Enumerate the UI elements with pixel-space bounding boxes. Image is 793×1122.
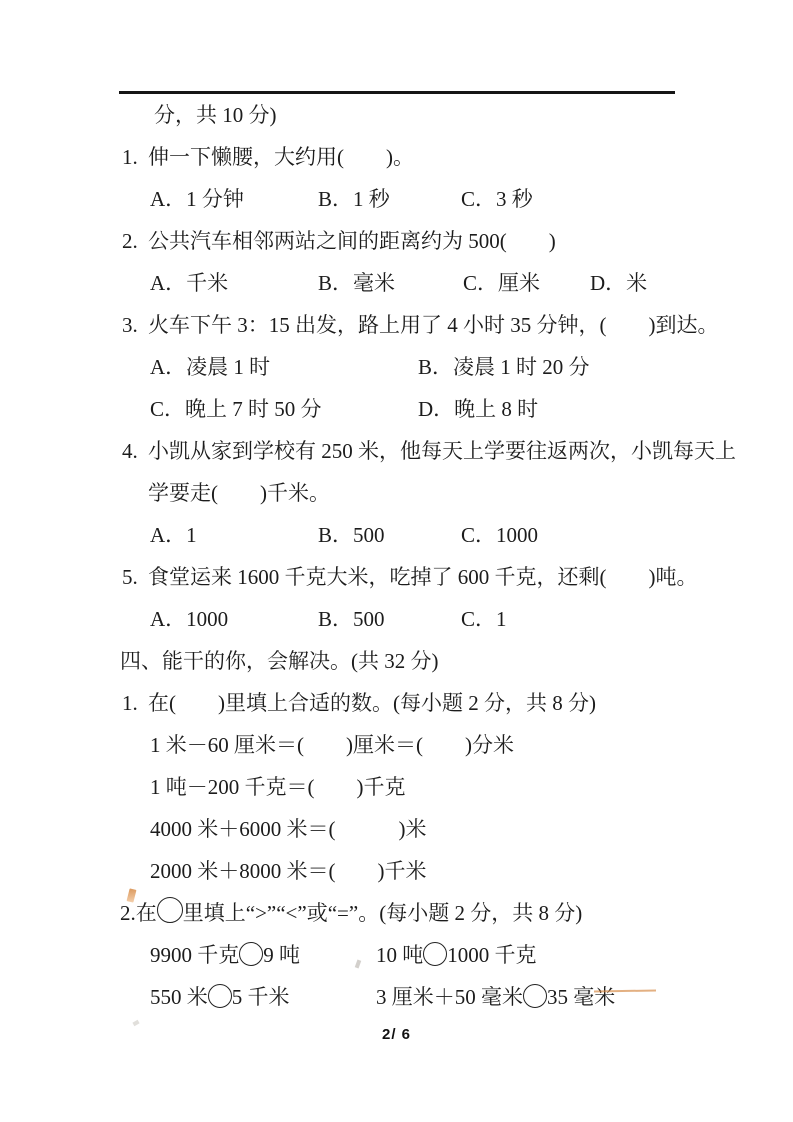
question-text-pre: 在 [136, 901, 157, 925]
question-number: 4. [122, 430, 148, 472]
test-content: 分，共 10 分)1.伸一下懒腰，大约用( )。A．1 分钟B．1 秒C．3 秒… [120, 94, 720, 1018]
question-text: 公共汽车相邻两站之间的距离约为 500( ) [148, 229, 556, 253]
continuation-text: 分，共 10 分) [154, 103, 277, 127]
comparison-row: 9900 千克9 吨10 吨1000 千克 [120, 934, 720, 976]
compare-circle [523, 984, 547, 1008]
fill-blank-line: 2000 米＋8000 米＝( )千米 [150, 859, 427, 883]
compare-circle [208, 984, 232, 1008]
page-number: 2/ 6 [0, 1026, 793, 1046]
option-item: B．500 [318, 598, 461, 640]
option-item: C．3 秒 [461, 178, 533, 220]
option-item: B．毫米 [318, 262, 463, 304]
option-item: A．千米 [150, 262, 318, 304]
comparison-rhs: 5 千米 [232, 985, 290, 1009]
comparison-rhs: 1000 千克 [447, 943, 536, 967]
question-number: 2. [122, 220, 148, 262]
question-text: 在( )里填上合适的数。(每小题 2 分，共 8 分) [148, 691, 596, 715]
option-item: C．1 [461, 598, 507, 640]
comparison-lhs: 9900 千克 [150, 943, 239, 967]
question-continuation: 学要走( )千米。 [120, 472, 720, 514]
question-line: 1.伸一下懒腰，大约用( )。 [120, 136, 720, 178]
question-text: 火车下午 3：15 出发，路上用了 4 小时 35 分钟，( )到达。 [148, 313, 718, 337]
comparison-lhs: 3 厘米＋50 毫米 [376, 985, 523, 1009]
comparison-right: 3 厘米＋50 毫米35 毫米 [376, 976, 615, 1018]
option-item: C．厘米 [463, 262, 590, 304]
compare-circle [157, 897, 183, 923]
option-item: A．1 [150, 514, 318, 556]
question-text: 小凯从家到学校有 250 米，他每天上学要往返两次，小凯每天上 [148, 439, 736, 463]
comparison-rhs: 35 毫米 [547, 985, 615, 1009]
question-text: 食堂运来 1600 千克大米，吃掉了 600 千克，还剩( )吨。 [148, 565, 697, 589]
fill-blank-line: 1 吨－200 千克＝( )千克 [150, 775, 406, 799]
options-row: A．凌晨 1 时B．凌晨 1 时 20 分 [120, 346, 720, 388]
options-row: A．千米B．毫米C．厘米D．米 [120, 262, 720, 304]
question-number: 5. [122, 556, 148, 598]
question-number: 3. [122, 304, 148, 346]
options-row: A．1B．500C．1000 [120, 514, 720, 556]
comparison-lhs: 10 吨 [376, 943, 423, 967]
question-line: 2.在里填上“>”“<”或“=”。(每小题 2 分，共 8 分) [120, 892, 720, 934]
question-line: 3.火车下午 3：15 出发，路上用了 4 小时 35 分钟，( )到达。 [120, 304, 720, 346]
fill-blank-line: 4000 米＋6000 米＝( )米 [150, 817, 427, 841]
question-text: 伸一下懒腰，大约用( )。 [148, 145, 414, 169]
option-item: B．500 [318, 514, 461, 556]
comparison-left: 9900 千克9 吨 [150, 934, 376, 976]
comparison-right: 10 吨1000 千克 [376, 934, 537, 976]
compare-circle [239, 942, 263, 966]
option-item: C．1000 [461, 514, 538, 556]
option-item: D．晚上 8 时 [418, 388, 538, 430]
question-number: 1. [122, 682, 148, 724]
question-text: 在里填上“>”“<”或“=”。(每小题 2 分，共 8 分) [136, 901, 582, 925]
option-item: B．凌晨 1 时 20 分 [418, 346, 590, 388]
section-heading: 四、能干的你，会解决。(共 32 分) [120, 640, 720, 682]
continuation-text: 分，共 10 分) [120, 94, 720, 136]
question-number: 1. [122, 136, 148, 178]
fill-blank-line: 1 米－60 厘米＝( )厘米＝( )分米 [120, 724, 720, 766]
compare-circle [423, 942, 447, 966]
option-item: C．晚上 7 时 50 分 [150, 388, 418, 430]
question-line: 4.小凯从家到学校有 250 米，他每天上学要往返两次，小凯每天上 [120, 430, 720, 472]
options-row: C．晚上 7 时 50 分D．晚上 8 时 [120, 388, 720, 430]
section-heading: 四、能干的你，会解决。(共 32 分) [120, 649, 439, 673]
question-continuation: 学要走( )千米。 [148, 481, 330, 505]
comparison-lhs: 550 米 [150, 985, 208, 1009]
comparison-left: 550 米5 千米 [150, 976, 376, 1018]
question-line: 1.在( )里填上合适的数。(每小题 2 分，共 8 分) [120, 682, 720, 724]
question-number: 2. [120, 901, 136, 925]
fill-blank-line: 2000 米＋8000 米＝( )千米 [120, 850, 720, 892]
options-row: A．1 分钟B．1 秒C．3 秒 [120, 178, 720, 220]
document-page: 分，共 10 分)1.伸一下懒腰，大约用( )。A．1 分钟B．1 秒C．3 秒… [0, 0, 793, 1122]
options-row: A．1000B．500C．1 [120, 598, 720, 640]
question-text-post: 里填上“>”“<”或“=”。(每小题 2 分，共 8 分) [183, 901, 582, 925]
option-item: B．1 秒 [318, 178, 461, 220]
option-item: A．1000 [150, 598, 318, 640]
fill-blank-line: 4000 米＋6000 米＝( )米 [120, 808, 720, 850]
option-item: A．1 分钟 [150, 178, 318, 220]
option-item: D．米 [590, 262, 647, 304]
option-item: A．凌晨 1 时 [150, 346, 418, 388]
question-line: 2.公共汽车相邻两站之间的距离约为 500( ) [120, 220, 720, 262]
fill-blank-line: 1 吨－200 千克＝( )千克 [120, 766, 720, 808]
comparison-row: 550 米5 千米3 厘米＋50 毫米35 毫米 [120, 976, 720, 1018]
fill-blank-line: 1 米－60 厘米＝( )厘米＝( )分米 [150, 733, 514, 757]
question-line: 5.食堂运来 1600 千克大米，吃掉了 600 千克，还剩( )吨。 [120, 556, 720, 598]
comparison-rhs: 9 吨 [263, 943, 300, 967]
